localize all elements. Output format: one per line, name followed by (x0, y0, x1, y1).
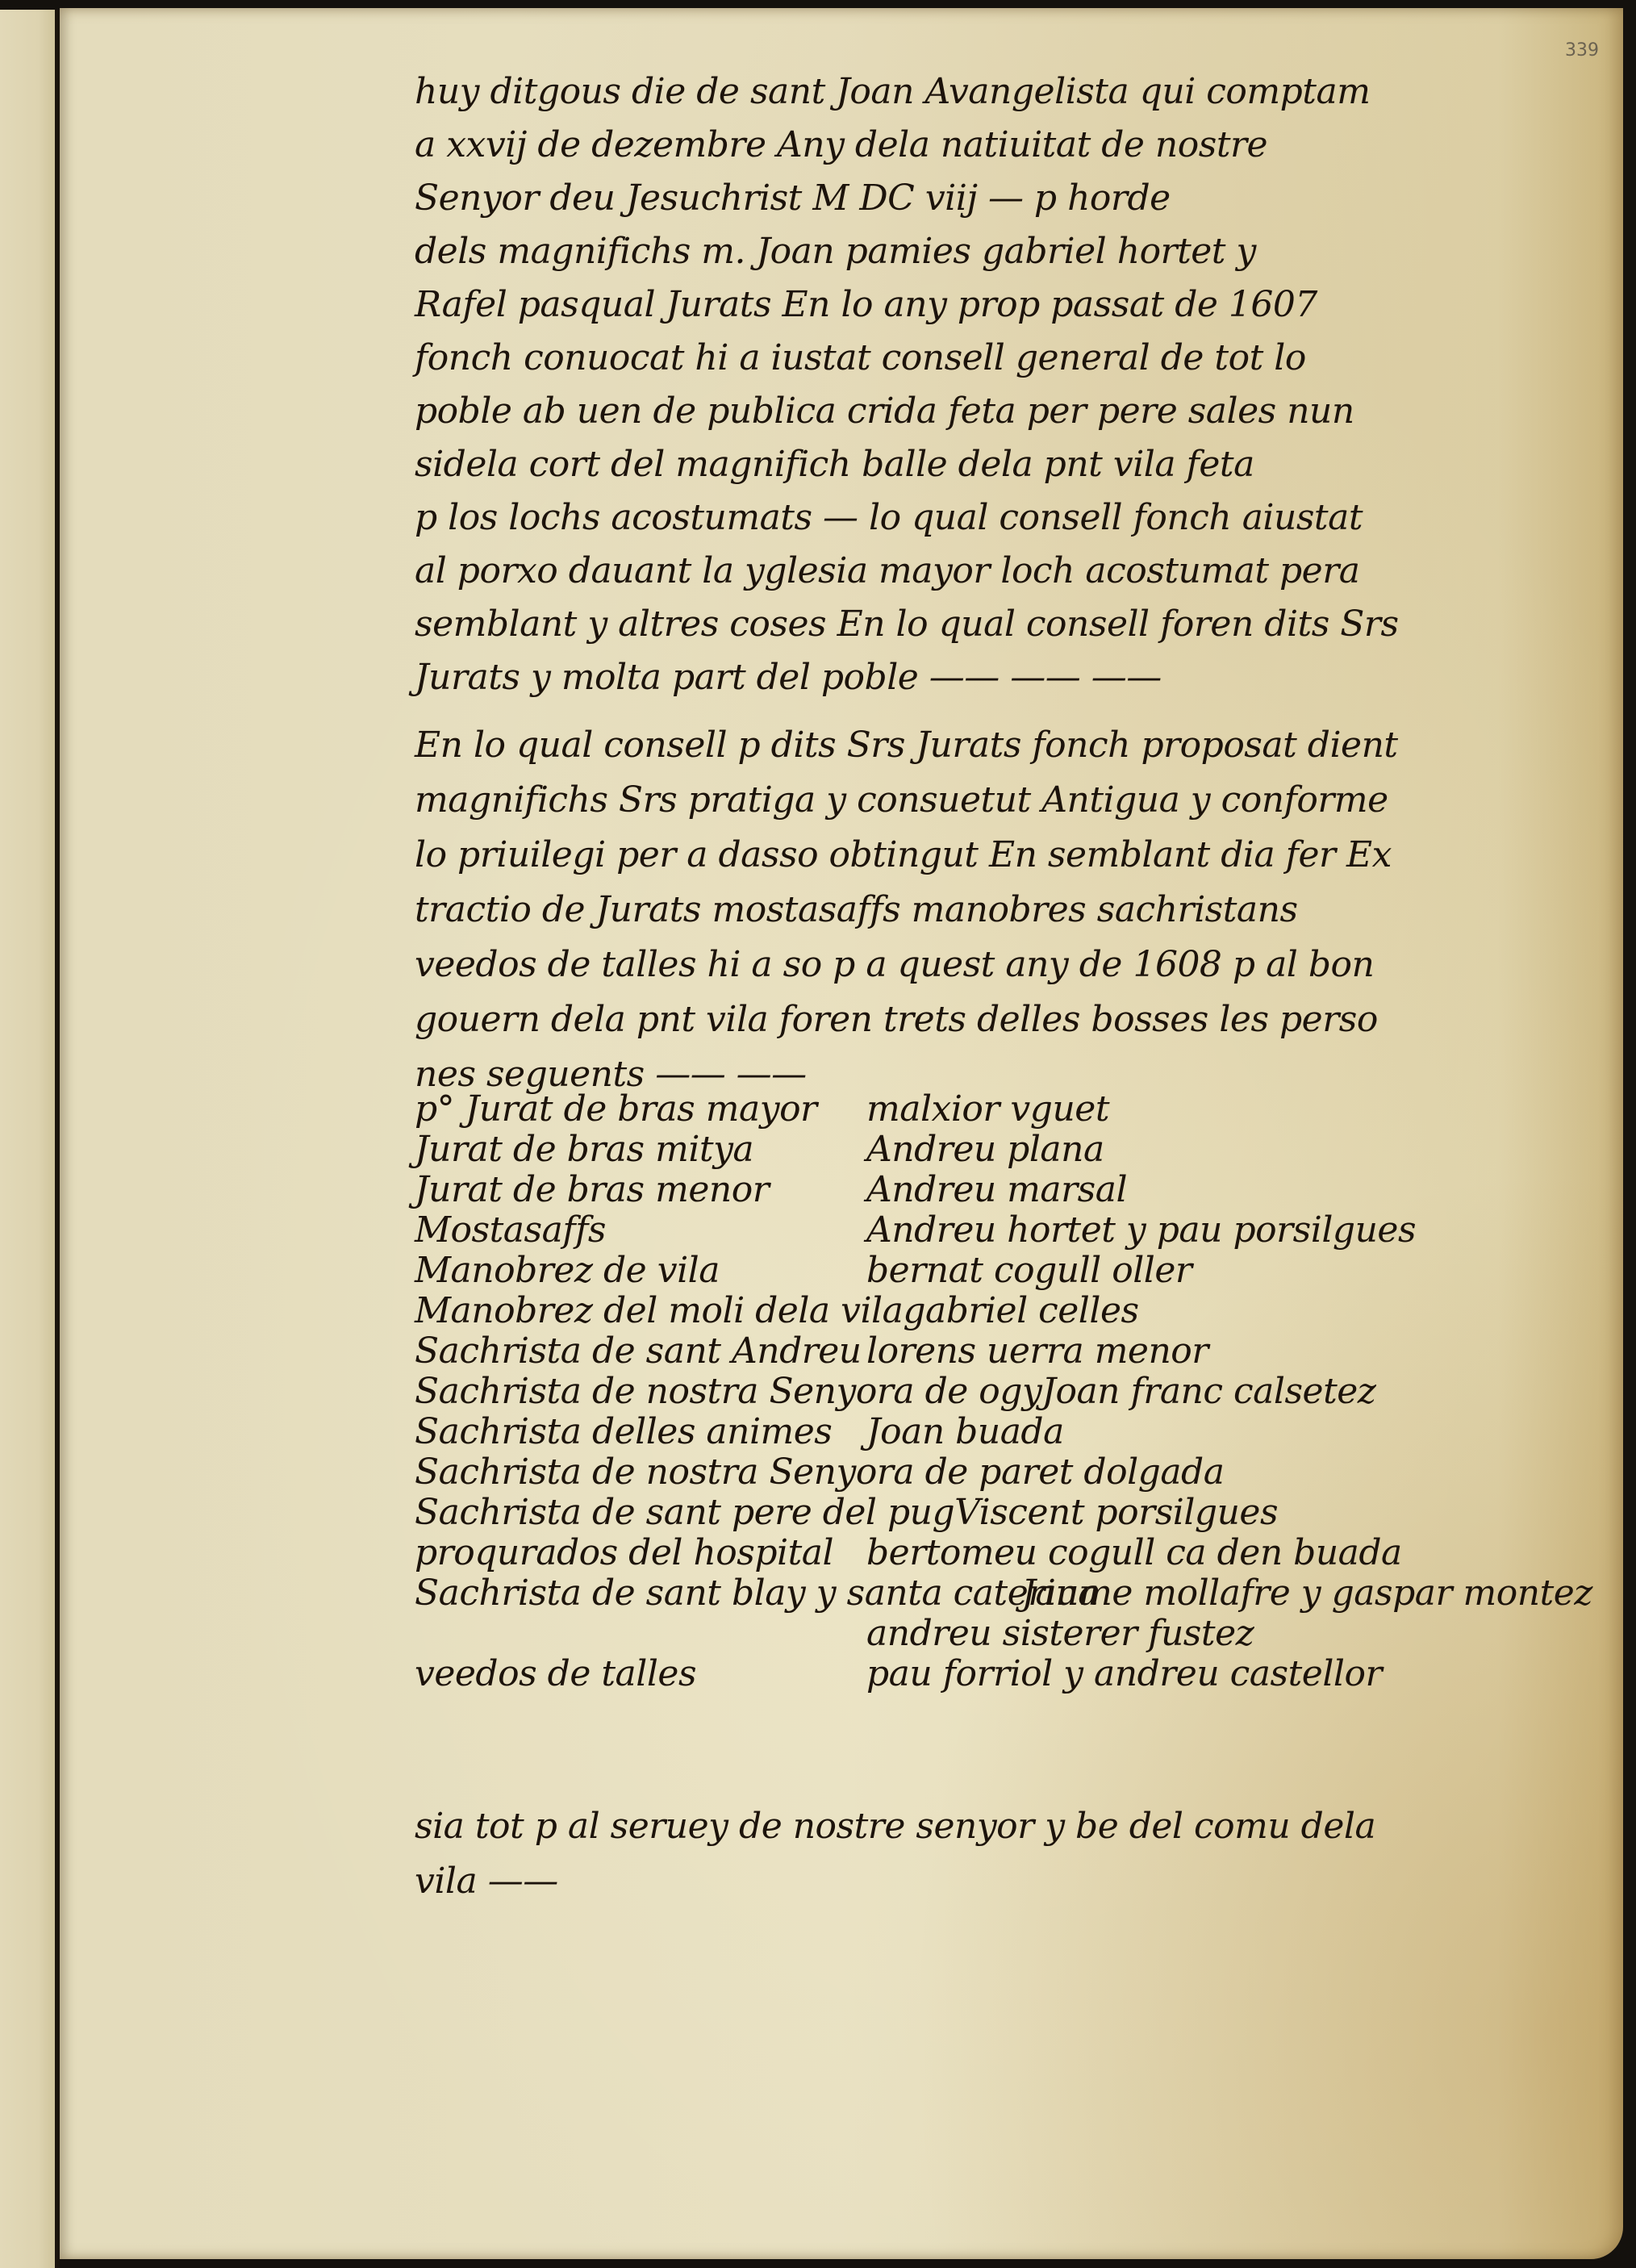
officer-name: andreu sisterer fustez (866, 1614, 1254, 1654)
office-title: Jurat de bras mitya (415, 1130, 866, 1170)
folio-number: 339 (1565, 40, 1599, 61)
text-line: magnifichs Srs pratiga y consuetut Antig… (415, 773, 1592, 828)
officer-row: Sachrista de sant pere del pug Viscent p… (415, 1493, 1592, 1533)
officer-name: Andreu marsal (866, 1170, 1127, 1210)
office-title: Jurat de bras menor (415, 1170, 866, 1210)
officer-name: Andreu plana (866, 1130, 1104, 1170)
officer-row: proqurados del hospital bertomeu cogull … (415, 1533, 1592, 1573)
office-title: Mostasaffs (415, 1210, 866, 1251)
officer-row: Sachrista de sant Andreu lorens uerra me… (415, 1331, 1592, 1372)
text-line: dels magnifichs m. Joan pamies gabriel h… (415, 224, 1592, 278)
officer-name: Joan buada (866, 1412, 1064, 1452)
office-title: Manobrez de vila (415, 1251, 866, 1291)
text-line: lo priuilegi per a dasso obtingut En sem… (415, 828, 1592, 883)
officer-name: bertomeu cogull ca den buada (866, 1533, 1402, 1573)
paragraph-election-proposal: En lo qual consell p dits Srs Jurats fon… (415, 718, 1592, 1102)
text-line: gouern dela pnt vila foren trets delles … (415, 992, 1592, 1047)
officer-name: lorens uerra menor (866, 1331, 1208, 1372)
text-line: tractio de Jurats mostasaffs manobres sa… (415, 883, 1592, 938)
officer-name: Andreu hortet y pau porsilgues (866, 1210, 1416, 1251)
text-line: sia tot p al seruey de nostre senyor y b… (415, 1799, 1592, 1854)
officer-row: Sachrista delles animes Joan buada (415, 1412, 1592, 1452)
text-line: veedos de talles hi a so p a quest any d… (415, 938, 1592, 992)
officer-name: pau forriol y andreu castellor (866, 1654, 1382, 1694)
officer-row: Jurat de bras mitya Andreu plana (415, 1130, 1592, 1170)
officer-name: gabriel celles (903, 1291, 1138, 1331)
text-line: Rafel pasqual Jurats En lo any prop pass… (415, 278, 1592, 331)
office-title: Sachrista de nostra Senyora de paret dol… (415, 1452, 1224, 1493)
text-line: a xxvij de dezembre Any dela natiuitat d… (415, 118, 1592, 171)
text-line: al porxo dauant la yglesia mayor loch ac… (415, 544, 1592, 597)
officer-name: bernat cogull oller (866, 1251, 1192, 1291)
closing-formula: sia tot p al seruey de nostre senyor y b… (415, 1799, 1592, 1909)
officer-row: Jurat de bras menor Andreu marsal (415, 1170, 1592, 1210)
text-line: huy ditgous die de sant Joan Avangelista… (415, 65, 1592, 118)
officer-name: malxior vguet (866, 1089, 1109, 1130)
text-line: semblant y altres coses En lo qual conse… (415, 597, 1592, 650)
office-title (415, 1614, 866, 1654)
office-title: Sachrista de sant pere del pug (415, 1493, 954, 1533)
office-title: proqurados del hospital (415, 1533, 866, 1573)
officers-list: p° Jurat de bras mayor malxior vguet Jur… (415, 1089, 1592, 1694)
office-title: Manobrez del moli dela vila (415, 1291, 903, 1331)
text-line: Senyor deu Jesuchrist M DC viij — p hord… (415, 171, 1592, 224)
officer-row: Manobrez del moli dela vila gabriel cell… (415, 1291, 1592, 1331)
text-line: En lo qual consell p dits Srs Jurats fon… (415, 718, 1592, 773)
officer-name: Jaume mollafre y gaspar montez (1021, 1573, 1592, 1614)
officer-row: Manobrez de vila bernat cogull oller (415, 1251, 1592, 1291)
officer-name: Joan franc calsetez (1041, 1372, 1375, 1412)
office-title: veedos de talles (415, 1654, 866, 1694)
facing-page-edge (0, 10, 60, 2268)
paragraph-council-convocation: huy ditgous die de sant Joan Avangelista… (415, 65, 1592, 704)
officer-row: Sachrista de sant blay y santa caterina … (415, 1573, 1592, 1614)
office-title: p° Jurat de bras mayor (415, 1089, 866, 1130)
office-title: Sachrista delles animes (415, 1412, 866, 1452)
officer-row: Sachrista de nostra Senyora de ogy Joan … (415, 1372, 1592, 1412)
officer-row: p° Jurat de bras mayor malxior vguet (415, 1089, 1592, 1130)
text-line: p los lochs acostumats — lo qual consell… (415, 491, 1592, 544)
officer-row: veedos de talles pau forriol y andreu ca… (415, 1654, 1592, 1694)
text-line: fonch conuocat hi a iustat consell gener… (415, 331, 1592, 384)
officer-name: Viscent porsilgues (954, 1493, 1278, 1533)
officer-row: Sachrista de nostra Senyora de paret dol… (415, 1452, 1592, 1493)
text-line: poble ab uen de publica crida feta per p… (415, 384, 1592, 437)
officer-row: andreu sisterer fustez (415, 1614, 1592, 1654)
office-title: Sachrista de nostra Senyora de ogy (415, 1372, 1041, 1412)
manuscript-page: 339 huy ditgous die de sant Joan Avangel… (60, 8, 1623, 2259)
officer-row: Mostasaffs Andreu hortet y pau porsilgue… (415, 1210, 1592, 1251)
text-line: Jurats y molta part del poble —— —— —— (415, 650, 1592, 704)
office-title: Sachrista de sant Andreu (415, 1331, 866, 1372)
text-line: sidela cort del magnifich balle dela pnt… (415, 437, 1592, 491)
office-title: Sachrista de sant blay y santa caterina (415, 1573, 1021, 1614)
text-line: vila —— (415, 1854, 1592, 1909)
